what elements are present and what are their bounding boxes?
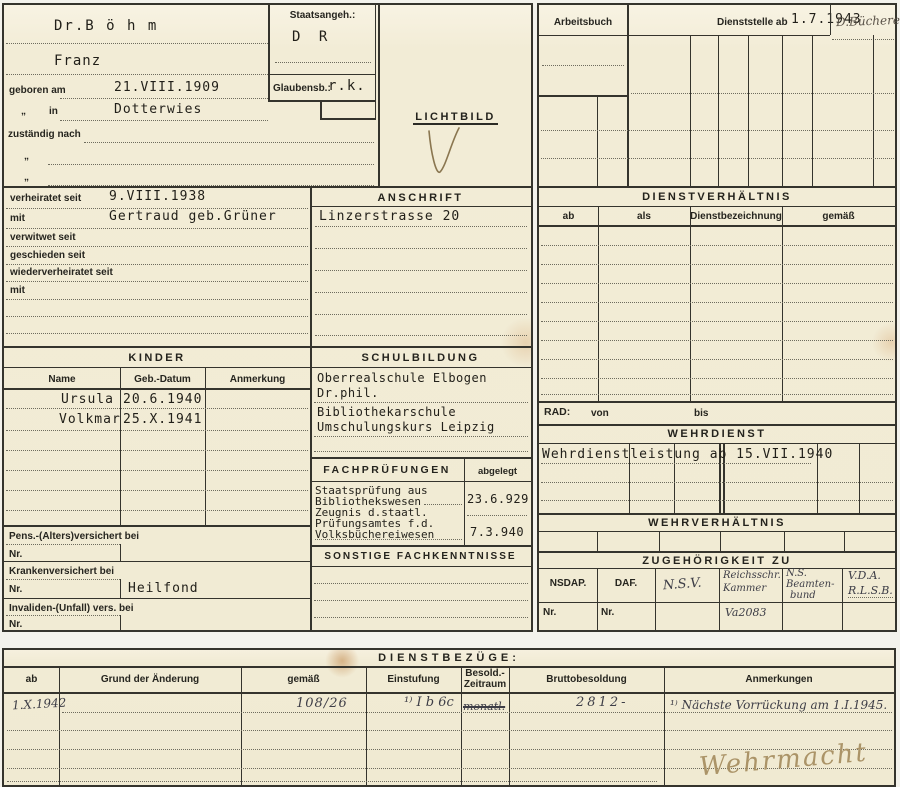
db-brutto-value: 2812- — [576, 695, 628, 710]
rule-line — [690, 35, 691, 186]
rule-line — [6, 43, 268, 44]
rule-line — [597, 531, 598, 551]
db-col-besold: Besold.- — [461, 668, 509, 679]
db-col-gemaess: gemäß — [241, 674, 366, 685]
nsv-handwritten: N.S.V. — [663, 576, 702, 594]
surname-value: Dr.B ö h m — [54, 18, 158, 34]
schulbildung-title: SCHULBILDUNG — [310, 352, 531, 364]
left-card-panel: Dr.B ö h m Franz geboren am 21.VIII.1909… — [2, 3, 533, 632]
rule-line — [539, 95, 627, 97]
kammer-nr-handwritten: Va2083 — [725, 606, 767, 619]
rule-line — [6, 615, 120, 616]
sonstige-title: SONSTIGE FACHKENNTNISSE — [310, 551, 531, 562]
rule-line — [205, 367, 206, 525]
rule-line — [120, 367, 121, 525]
db-col-anmerkungen: Anmerkungen — [664, 674, 894, 685]
db-col-besold: Zeitraum — [461, 679, 509, 690]
kranken-label: Krankenversichert bei — [9, 566, 114, 577]
rule-line — [629, 35, 830, 36]
kind-geb: 20.6.1940 — [123, 392, 202, 407]
fachpruefung-date: 7.3.940 — [470, 525, 524, 539]
rule-line — [539, 443, 895, 444]
dienststelle-handwritten: D.Bücherei — [836, 13, 900, 29]
rule-line — [541, 245, 893, 246]
rule-line — [120, 615, 121, 630]
rule-line — [4, 388, 310, 390]
fachpruefung-date: 23.6.929 — [467, 492, 529, 506]
rule-line — [539, 186, 895, 188]
rule-line — [597, 95, 598, 186]
rule-line — [315, 226, 527, 227]
db-col-ab: ab — [4, 674, 59, 685]
rule-line — [6, 579, 120, 580]
kinder-col-anmerkung: Anmerkung — [205, 374, 310, 385]
rule-line — [275, 62, 371, 63]
rule-line — [541, 482, 893, 483]
glaubensb-value: r.k. — [328, 78, 366, 94]
rule-line — [4, 666, 894, 668]
photo-checkmark-icon — [422, 125, 468, 181]
rule-line — [6, 316, 308, 317]
rule-line — [690, 206, 691, 401]
mit2-label: mit — [10, 285, 25, 296]
anschrift-title: ANSCHRIFT — [310, 192, 531, 204]
rule-line — [541, 158, 894, 159]
rule-line — [467, 515, 527, 516]
dienstbezuege-panel: DIENSTBEZÜGE: ab Grund der Änderung gemä… — [2, 648, 896, 787]
rad-von-label: von — [591, 408, 609, 419]
rule-line — [541, 264, 893, 265]
rule-line — [844, 531, 845, 551]
rule-line — [6, 510, 308, 511]
firstname-value: Franz — [54, 53, 101, 69]
rule-line — [539, 206, 895, 207]
geboren-value: 21.VIII.1909 — [114, 80, 220, 95]
db-col-grund: Grund der Änderung — [59, 674, 241, 685]
schulbildung-line: Umschulungskurs Leipzig — [317, 420, 495, 434]
rule-line — [314, 583, 528, 584]
db-gemaess-value: 108/26 — [296, 696, 348, 711]
rule-line — [315, 539, 462, 540]
rule-line — [748, 35, 749, 186]
rule-line — [659, 531, 660, 551]
rule-line — [60, 120, 268, 121]
rad-bis-label: bis — [694, 408, 708, 419]
nr-label: Nr. — [601, 607, 614, 618]
dv-col-als: als — [598, 211, 690, 222]
rule-line — [859, 443, 860, 513]
zugehoerigkeit-title: ZUGEHÖRIGKEIT ZU — [539, 555, 895, 567]
birthplace-value: Dotterwies — [114, 102, 202, 117]
schulbildung-line: Oberrealschule Elbogen — [317, 371, 487, 385]
db-ab-value: 1.X.1942 — [12, 696, 67, 713]
rule-line — [424, 504, 462, 505]
rule-line — [310, 367, 531, 368]
kinder-col-name: Name — [4, 374, 120, 385]
ditto-mark: „ — [21, 106, 26, 117]
schulbildung-line: Dr.phil. — [317, 386, 379, 400]
rule-line — [6, 470, 308, 471]
rule-line — [539, 513, 895, 515]
rule-line — [310, 545, 531, 547]
anschrift-value: Linzerstrasse 20 — [319, 209, 460, 224]
rule-line — [4, 692, 894, 694]
rule-line — [6, 450, 308, 451]
rule-line — [873, 35, 874, 186]
small-empty-box — [320, 102, 376, 120]
rule-line — [6, 264, 308, 265]
rule-line — [314, 402, 528, 403]
kind-geb: 25.X.1941 — [123, 412, 202, 427]
nr-label: Nr. — [9, 584, 22, 595]
fachpruefungen-title: FACHPRÜFUNGEN — [310, 464, 464, 476]
rule-line — [84, 142, 374, 143]
rule-line — [6, 74, 268, 75]
wiederverheiratet-label: wiederverheiratet seit — [10, 267, 113, 278]
rule-line — [812, 35, 813, 186]
db-col-brutto: Bruttobesoldung — [509, 674, 664, 685]
rule-line — [539, 401, 895, 403]
personnel-card-scan: Dr.B ö h m Franz geboren am 21.VIII.1909… — [0, 0, 900, 787]
lichtbild-label: LICHTBILD — [413, 111, 498, 125]
rule-line — [4, 598, 310, 599]
nr-label: Nr. — [543, 607, 556, 618]
rule-line — [598, 206, 599, 401]
rule-line — [782, 568, 783, 630]
rule-line — [830, 5, 831, 35]
kinder-title: KINDER — [4, 352, 310, 364]
right-card-panel: Arbeitsbuch Dienststelle ab 1.7.1943 D.B… — [537, 3, 897, 632]
rule-line — [539, 602, 895, 603]
schulbildung-line: Bibliothekarschule — [317, 405, 456, 419]
dienststelle-label: Dienststelle ab — [717, 17, 788, 28]
mit-label: mit — [10, 213, 25, 224]
rule-line — [4, 367, 310, 368]
geboren-label: geboren am — [9, 85, 66, 96]
rule-line — [539, 225, 895, 227]
kammer-handwritten: Reichsschr. — [723, 570, 781, 581]
rule-line — [6, 544, 120, 545]
in-label: in — [49, 106, 58, 117]
rule-line — [310, 566, 531, 567]
arbeitsbuch-label: Arbeitsbuch — [539, 17, 627, 28]
rule-line — [720, 531, 721, 551]
geschieden-label: geschieden seit — [10, 250, 85, 261]
glaubensb-label: Glaubensb.: — [273, 83, 331, 94]
kammer-handwritten: Kammer — [723, 583, 766, 594]
rule-line — [539, 531, 895, 532]
rule-line — [541, 463, 811, 464]
beamtenbund-handwritten: bund — [790, 590, 816, 601]
dienstbezuege-title: DIENSTBEZÜGE: — [4, 652, 894, 664]
rule-line — [782, 206, 783, 401]
pens-label: Pens.-(Alters)versichert bei — [9, 531, 139, 542]
rule-line — [784, 531, 785, 551]
dv-col-dienst: Dienstbezeichnung — [690, 211, 782, 222]
rule-line — [4, 346, 531, 348]
rule-line — [541, 500, 893, 501]
rule-line — [310, 457, 531, 459]
rule-line — [541, 378, 893, 379]
rule-line — [6, 281, 308, 282]
rule-line — [655, 568, 656, 630]
ditto-mark: „ — [24, 151, 29, 162]
rule-line — [541, 130, 894, 131]
rule-line — [539, 35, 627, 36]
dv-col-ab: ab — [539, 211, 598, 222]
nr-label: Nr. — [9, 549, 22, 560]
dv-col-gemaess: gemäß — [782, 211, 895, 222]
rule-line — [315, 270, 527, 271]
rule-line — [4, 525, 310, 527]
wehrdienst-title: WEHRDIENST — [539, 428, 895, 440]
rule-line — [4, 561, 310, 562]
rule-line — [314, 600, 528, 601]
rule-line — [6, 299, 308, 300]
rule-line — [120, 579, 121, 598]
kind-name: Volkmar — [59, 412, 121, 427]
rule-line — [832, 39, 894, 40]
lichtbild-box: LICHTBILD — [378, 5, 531, 186]
rule-line — [120, 544, 121, 561]
rule-line — [7, 781, 657, 782]
daf-label: DAF. — [597, 578, 655, 589]
dienstverhaeltnis-title: DIENSTVERHÄLTNIS — [539, 191, 895, 203]
nsdap-label: NSDAP. — [539, 578, 597, 589]
rule-line — [314, 617, 528, 618]
rule-line — [631, 93, 894, 94]
rule-line — [314, 436, 528, 437]
rule-line — [541, 321, 893, 322]
rule-line — [7, 730, 892, 731]
rule-line — [718, 35, 719, 186]
rule-line — [310, 481, 531, 482]
kind-name: Ursula — [61, 392, 114, 407]
wehrdienst-entry: Wehrdienstleistung ab 15.VII.1940 — [542, 447, 833, 462]
rule-line — [315, 248, 527, 249]
rule-line — [315, 335, 527, 336]
rule-line — [60, 98, 268, 99]
verheiratet-value: 9.VIII.1938 — [109, 189, 206, 204]
wehrverhaeltnis-title: WEHRVERHÄLTNIS — [539, 517, 895, 529]
rule-line — [539, 424, 895, 426]
zustaendig-label: zuständig nach — [8, 129, 81, 140]
rule-line — [539, 551, 895, 553]
rule-line — [541, 302, 893, 303]
wehrmacht-handwritten: Wehrmacht — [698, 738, 869, 783]
rlsb-handwritten: R.L.S.B. — [848, 584, 893, 598]
rule-line — [842, 568, 843, 630]
rule-line — [541, 340, 893, 341]
db-einstufung-value: ¹⁾ I b 6c — [404, 695, 454, 710]
rule-line — [782, 35, 783, 186]
rule-line — [719, 568, 720, 630]
rule-line — [541, 283, 893, 284]
rule-line — [6, 228, 308, 229]
rule-line — [6, 246, 308, 247]
rule-line — [541, 394, 893, 395]
staatsangeh-box: Staatsangeh.: D R — [268, 5, 376, 75]
db-anmerkung-value: ¹⁾ Nächste Vorrückung am 1.I.1945. — [670, 698, 887, 712]
staatsangeh-value: D R — [292, 29, 332, 45]
invaliden-label: Invaliden-(Unfall) vers. bei — [9, 603, 133, 614]
rule-line — [6, 333, 308, 334]
kinder-col-geb: Geb.-Datum — [120, 374, 205, 385]
rule-line — [6, 408, 308, 409]
mit-value: Gertraud geb.Grüner — [109, 209, 277, 224]
kranken-value: Heilfond — [128, 581, 199, 596]
rule-line — [4, 186, 531, 188]
rule-line — [542, 65, 624, 66]
vda-handwritten: V.D.A. — [848, 569, 881, 582]
verwitwet-label: verwitwet seit — [10, 232, 76, 243]
db-col-einstufung: Einstufung — [366, 674, 461, 685]
rule-line — [6, 490, 308, 491]
rule-line — [314, 451, 528, 452]
ditto-mark: „ — [24, 172, 29, 183]
staatsangeh-label: Staatsangeh.: — [270, 10, 375, 21]
rule-line — [310, 206, 531, 207]
rule-line — [6, 430, 308, 431]
beamtenbund-handwritten: N.S. — [786, 568, 807, 579]
rad-label: RAD: — [544, 406, 570, 418]
rule-line — [62, 712, 892, 713]
rule-line — [48, 164, 374, 165]
verheiratet-label: verheiratet seit — [10, 193, 81, 204]
abgelegt-label: abgelegt — [464, 466, 531, 477]
rule-line — [541, 359, 893, 360]
rule-line — [315, 314, 527, 315]
beamtenbund-handwritten: Beamten- — [786, 579, 834, 590]
glaubensb-box: Glaubensb.: r.k. — [268, 75, 376, 102]
rule-line — [315, 292, 527, 293]
nr-label: Nr. — [9, 619, 22, 630]
